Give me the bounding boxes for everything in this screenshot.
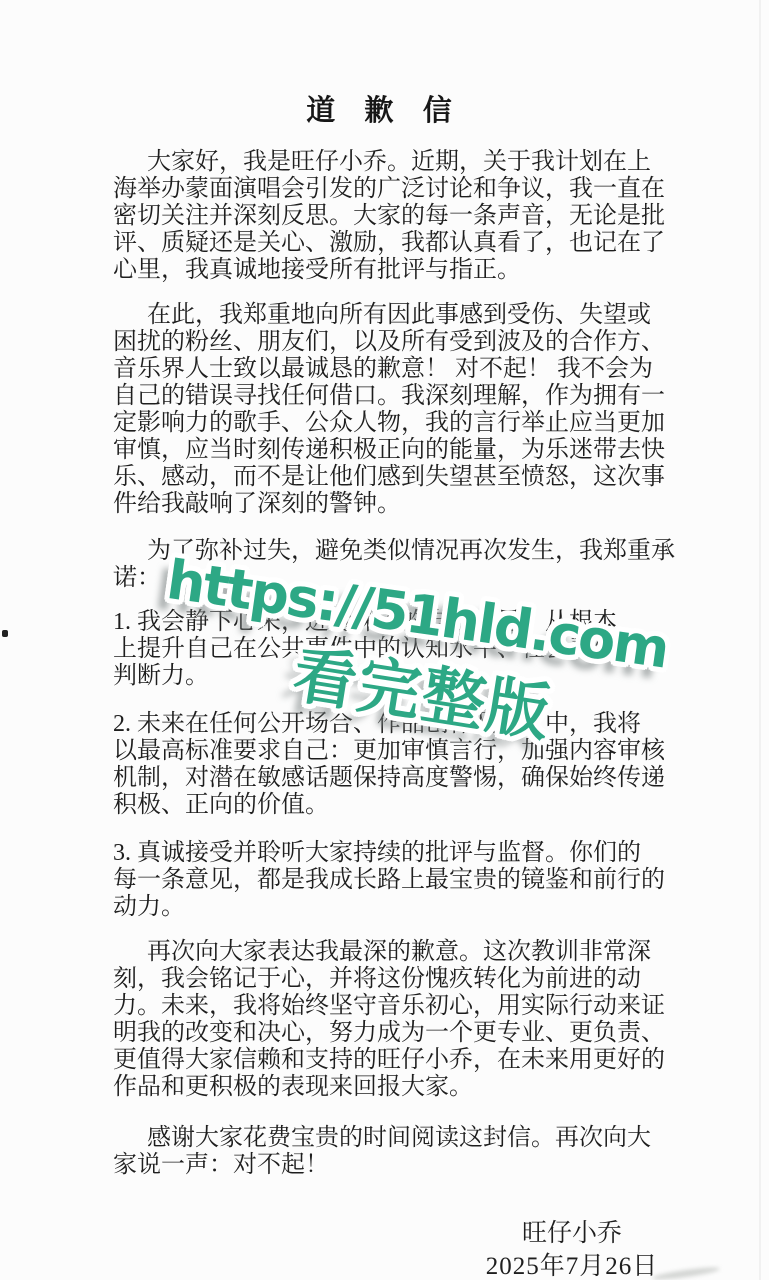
paragraph-intro: 大家好，我是旺仔小乔。近期，关于我计划在上 海举办蒙面演唱会引发的广泛讨论和争议…	[113, 149, 665, 284]
paragraph-commitment: 再次向大家表达我最深的歉意。这次教训非常深 刻，我会铭记于心，并将这份愧疚转化为…	[113, 939, 665, 1101]
text-line: 刻，我会铭记于心，并将这份愧疚转化为前进的动	[113, 966, 665, 993]
text-line: 作品和更积极的表现来回报大家。	[113, 1074, 665, 1101]
text-line: 密切关注并深刻反思。大家的每一条声音，无论是批	[113, 203, 665, 230]
paragraph-apology: 在此，我郑重地向所有因此事感到受伤、失望或 困扰的粉丝、朋友们，以及所有受到波及…	[113, 302, 665, 518]
text-line: 评、质疑还是关心、激励，我都认真看了，也记在了	[113, 230, 665, 257]
paragraph-item-3: 3. 真诚接受并聆听大家持续的批评与监督。你们的 每一条意见，都是我成长路上最宝…	[113, 840, 665, 921]
text-line: 心里，我真诚地接受所有批评与指正。	[113, 257, 665, 284]
page-edge-shadow	[759, 0, 761, 1280]
text-line: 更值得大家信赖和支持的旺仔小乔，在未来用更好的	[113, 1047, 665, 1074]
text-line: 机制，对潜在敏感话题保持高度警惕，确保始终传递	[113, 765, 665, 792]
letter-page: 道 歉 信 大家好，我是旺仔小乔。近期，关于我计划在上 海举办蒙面演唱会引发的广…	[0, 0, 769, 1280]
text-line: 大家好，我是旺仔小乔。近期，关于我计划在上	[113, 149, 665, 176]
text-line: 以最高标准要求自己：更加审慎言行，加强内容审核	[113, 738, 665, 765]
text-line: 音乐界人士致以最诚恳的歉意！ 对不起！ 我不会为	[113, 356, 665, 383]
paragraph-thanks: 感谢大家花费宝贵的时间阅读这封信。再次向大 家说一声：对不起！	[113, 1125, 651, 1179]
text-line: 家说一声：对不起！	[113, 1152, 651, 1179]
text-line: 自己的错误寻找任何借口。我深刻理解，作为拥有一	[113, 383, 665, 410]
text-line: 再次向大家表达我最深的歉意。这次教训非常深	[113, 939, 665, 966]
text-line: 动力。	[113, 894, 665, 921]
letter-title: 道 歉 信	[0, 88, 769, 129]
text-line: 定影响力的歌手、公众人物，我的言行举止应当更加	[113, 410, 665, 437]
text-line: 感谢大家花费宝贵的时间阅读这封信。再次向大	[113, 1125, 651, 1152]
text-line: 力。未来，我将始终坚守音乐初心，用实际行动来证	[113, 993, 665, 1020]
text-line: 积极、正向的价值。	[113, 792, 665, 819]
signature-name: 旺仔小乔	[432, 1213, 712, 1249]
text-line: 海举办蒙面演唱会引发的广泛讨论和争议，我一直在	[113, 176, 665, 203]
text-line: 乐、感动，而不是让他们感到失望甚至愤怒，这次事	[113, 464, 665, 491]
text-line: 明我的改变和决心，努力成为一个更专业、更负责、	[113, 1020, 665, 1047]
text-line: 每一条意见，都是我成长路上最宝贵的镜鉴和前行的	[113, 867, 665, 894]
text-line: 审慎，应当时刻传递积极正向的能量，为乐迷带去快	[113, 437, 665, 464]
text-line: 件给我敲响了深刻的警钟。	[113, 491, 665, 518]
text-line: 3. 真诚接受并聆听大家持续的批评与监督。你们的	[113, 840, 665, 867]
ink-dot-artifact	[2, 630, 8, 637]
text-line: 在此，我郑重地向所有因此事感到受伤、失望或	[113, 302, 665, 329]
text-line: 困扰的粉丝、朋友们，以及所有受到波及的合作方、	[113, 329, 665, 356]
